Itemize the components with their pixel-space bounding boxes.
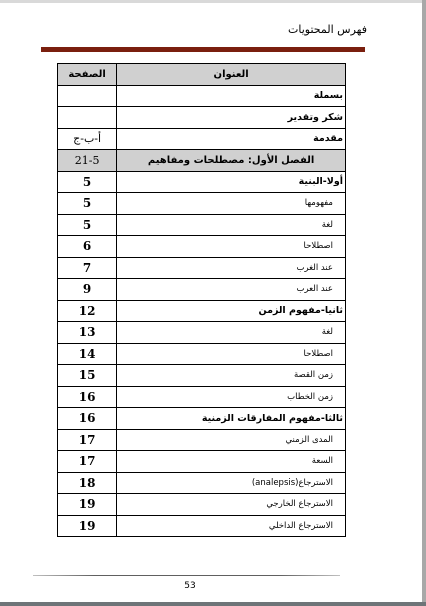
entry-page: 19 (58, 494, 117, 516)
table-row: الاسترجاع الداخلي19 (58, 515, 346, 537)
page-title: فهرس المحتويات (288, 23, 367, 36)
entry-title: أولا-البنية (117, 171, 346, 193)
entry-title: بسملة (117, 85, 346, 107)
entry-title: مفهومها (117, 193, 346, 215)
table-row: زمن الخطاب16 (58, 386, 346, 408)
entry-page: 19 (58, 515, 117, 537)
entry-page: 17 (58, 429, 117, 451)
header-title: العنوان (117, 64, 346, 86)
entry-title: زمن القصة (117, 365, 346, 387)
title-underline-rule (41, 47, 365, 52)
entry-page: 15 (58, 365, 117, 387)
table-row: السعة17 (58, 451, 346, 473)
table-row: المدى الزمني17 (58, 429, 346, 451)
table-row: عند الغرب7 (58, 257, 346, 279)
entry-page: 13 (58, 322, 117, 344)
entry-title: الفصل الأول: مصطلحات ومفاهيم (117, 150, 346, 172)
entry-page: 14 (58, 343, 117, 365)
table-row: ثالثا-مفهوم المفارقات الزمنية16 (58, 408, 346, 430)
entry-page: 21-5 (58, 150, 117, 172)
entry-title: لغة (117, 214, 346, 236)
entry-page: أ-ب-ج (58, 128, 117, 150)
table-row: بسملة (58, 85, 346, 107)
table-row: الاسترجاع(analepsis)18 (58, 472, 346, 494)
table-row: مفهومها5 (58, 193, 346, 215)
header-page: الصفحة (58, 64, 117, 86)
entry-title: عند العرب (117, 279, 346, 301)
window-top-border (0, 0, 426, 3)
entry-page: 12 (58, 300, 117, 322)
table-header-row: العنوان الصفحة (58, 64, 346, 86)
entry-page: 5 (58, 171, 117, 193)
table-of-contents: العنوان الصفحة بسملةشكر وتقديرمقدمةأ-ب-ج… (57, 63, 346, 537)
entry-title: زمن الخطاب (117, 386, 346, 408)
table-row: اصطلاحا14 (58, 343, 346, 365)
entry-page: 16 (58, 408, 117, 430)
table-row: عند العرب9 (58, 279, 346, 301)
entry-page: 18 (58, 472, 117, 494)
entry-page: 5 (58, 193, 117, 215)
table-row: شكر وتقدير (58, 107, 346, 129)
entry-page: 16 (58, 386, 117, 408)
entry-page (58, 107, 117, 129)
entry-title: اصطلاحا (117, 343, 346, 365)
entry-page: 17 (58, 451, 117, 473)
entry-title: عند الغرب (117, 257, 346, 279)
table-row: اصطلاحا6 (58, 236, 346, 258)
entry-page (58, 85, 117, 107)
window-scrollbar-edge (422, 0, 426, 606)
entry-title: ثانيا-مفهوم الزمن (117, 300, 346, 322)
table-row: لغة5 (58, 214, 346, 236)
entry-title: السعة (117, 451, 346, 473)
entry-title: لغة (117, 322, 346, 344)
entry-title: المدى الزمني (117, 429, 346, 451)
table-row: الاسترجاع الخارجي19 (58, 494, 346, 516)
entry-page: 9 (58, 279, 117, 301)
table-row: زمن القصة15 (58, 365, 346, 387)
page-number: 53 (0, 581, 380, 591)
entry-title: مقدمة (117, 128, 346, 150)
entry-page: 6 (58, 236, 117, 258)
entry-page: 5 (58, 214, 117, 236)
footer-rule (33, 575, 340, 576)
entry-title: الاسترجاع(analepsis) (117, 472, 346, 494)
entry-title: الاسترجاع الخارجي (117, 494, 346, 516)
entry-page: 7 (58, 257, 117, 279)
chapter-row: الفصل الأول: مصطلحات ومفاهيم21-5 (58, 150, 346, 172)
entry-title: ثالثا-مفهوم المفارقات الزمنية (117, 408, 346, 430)
table-row: لغة13 (58, 322, 346, 344)
table-row: أولا-البنية5 (58, 171, 346, 193)
table-row: ثانيا-مفهوم الزمن12 (58, 300, 346, 322)
entry-title: اصطلاحا (117, 236, 346, 258)
window-bottom-border (0, 602, 426, 606)
entry-title: شكر وتقدير (117, 107, 346, 129)
table-row: مقدمةأ-ب-ج (58, 128, 346, 150)
entry-title: الاسترجاع الداخلي (117, 515, 346, 537)
